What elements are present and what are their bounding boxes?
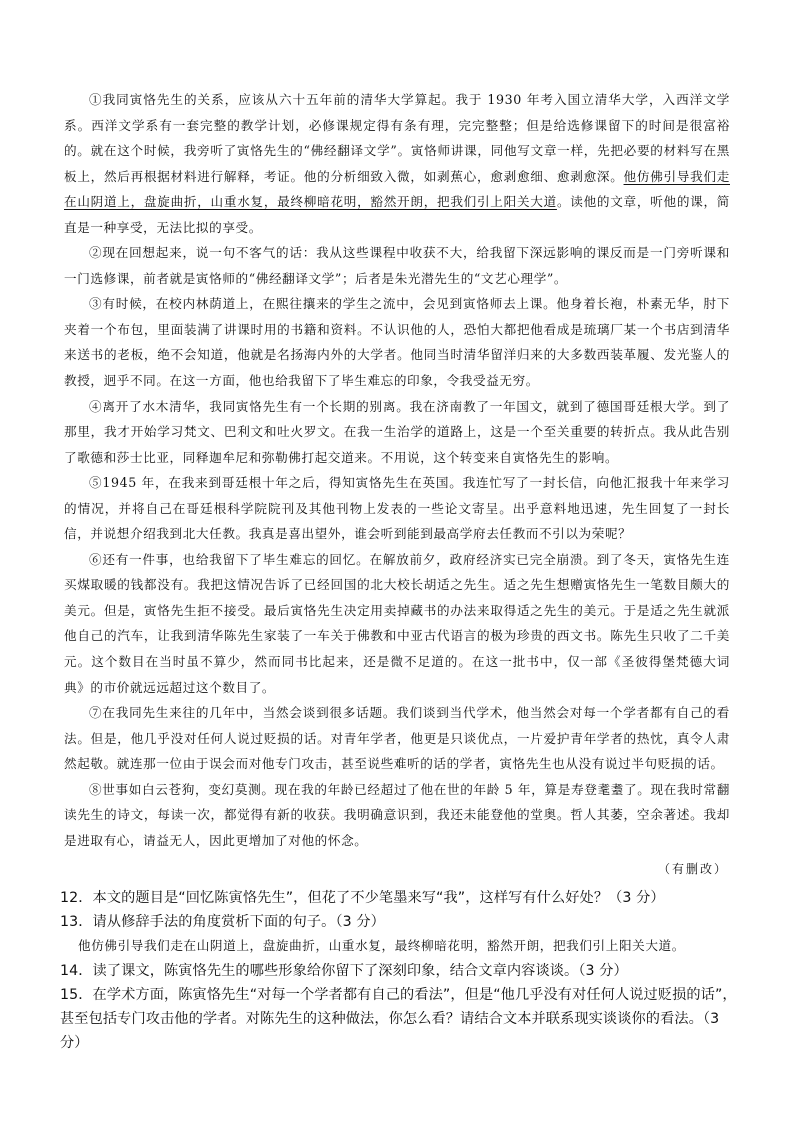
source-note: （有删改） xyxy=(658,860,728,877)
question-13-quote: 他仿佛引导我们走在山阴道上，盘旋曲折，山重水复，最终柳暗花明，豁然开朗，把我们引… xyxy=(60,934,742,958)
reading-passage: ①我同寅恪先生的关系，应该从六十五年前的清华大学算起。我于 1930 年考入国立… xyxy=(64,87,730,853)
paragraph-7: ⑦在我同先生来往的几年中，当然会谈到很多话题。我们谈到当代学术，他当然会对每一个… xyxy=(64,700,730,777)
paragraph-3: ③有时候，在校内林荫道上，在熙往攘来的学生之流中，会见到寅恪师去上课。他身着长袍… xyxy=(64,291,730,393)
question-15: 15．在学术方面，陈寅恪先生“对每一个学者都有自己的看法”，但是“他几乎没有对任… xyxy=(60,983,742,1056)
question-14: 14．读了课文，陈寅恪先生的哪些形象给你留下了深刻印象，结合文章内容谈谈。（3 … xyxy=(60,959,742,983)
question-12: 12．本文的题目是“回忆陈寅恪先生”，但花了不少笔墨来写“我”，这样写有什么好处… xyxy=(60,886,742,910)
paragraph-1: ①我同寅恪先生的关系，应该从六十五年前的清华大学算起。我于 1930 年考入国立… xyxy=(64,87,730,240)
paragraph-5: ⑤1945 年，在我来到哥廷根十年之后，得知寅恪先生在英国。我连忙写了一封长信，… xyxy=(64,470,730,547)
question-list: 12．本文的题目是“回忆陈寅恪先生”，但花了不少笔墨来写“我”，这样写有什么好处… xyxy=(60,886,742,1055)
paragraph-8: ⑧世事如白云苍狗，变幻莫测。现在我的年龄已经超过了他在世的年龄 5 年，算是寿登… xyxy=(64,777,730,854)
exam-page: ①我同寅恪先生的关系，应该从六十五年前的清华大学算起。我于 1930 年考入国立… xyxy=(0,0,794,1123)
paragraph-6: ⑥还有一件事，也给我留下了毕生难忘的回忆。在解放前夕，政府经济实已完全崩溃。到了… xyxy=(64,547,730,700)
paragraph-2: ②现在回想起来，说一句不客气的话：我从这些课程中收获不大，给我留下深远影响的课反… xyxy=(64,240,730,291)
paragraph-4: ④离开了水木清华，我同寅恪先生有一个长期的别离。我在济南教了一年国文，就到了德国… xyxy=(64,394,730,471)
question-13: 13．请从修辞手法的角度赏析下面的句子。（3 分） xyxy=(60,910,742,934)
